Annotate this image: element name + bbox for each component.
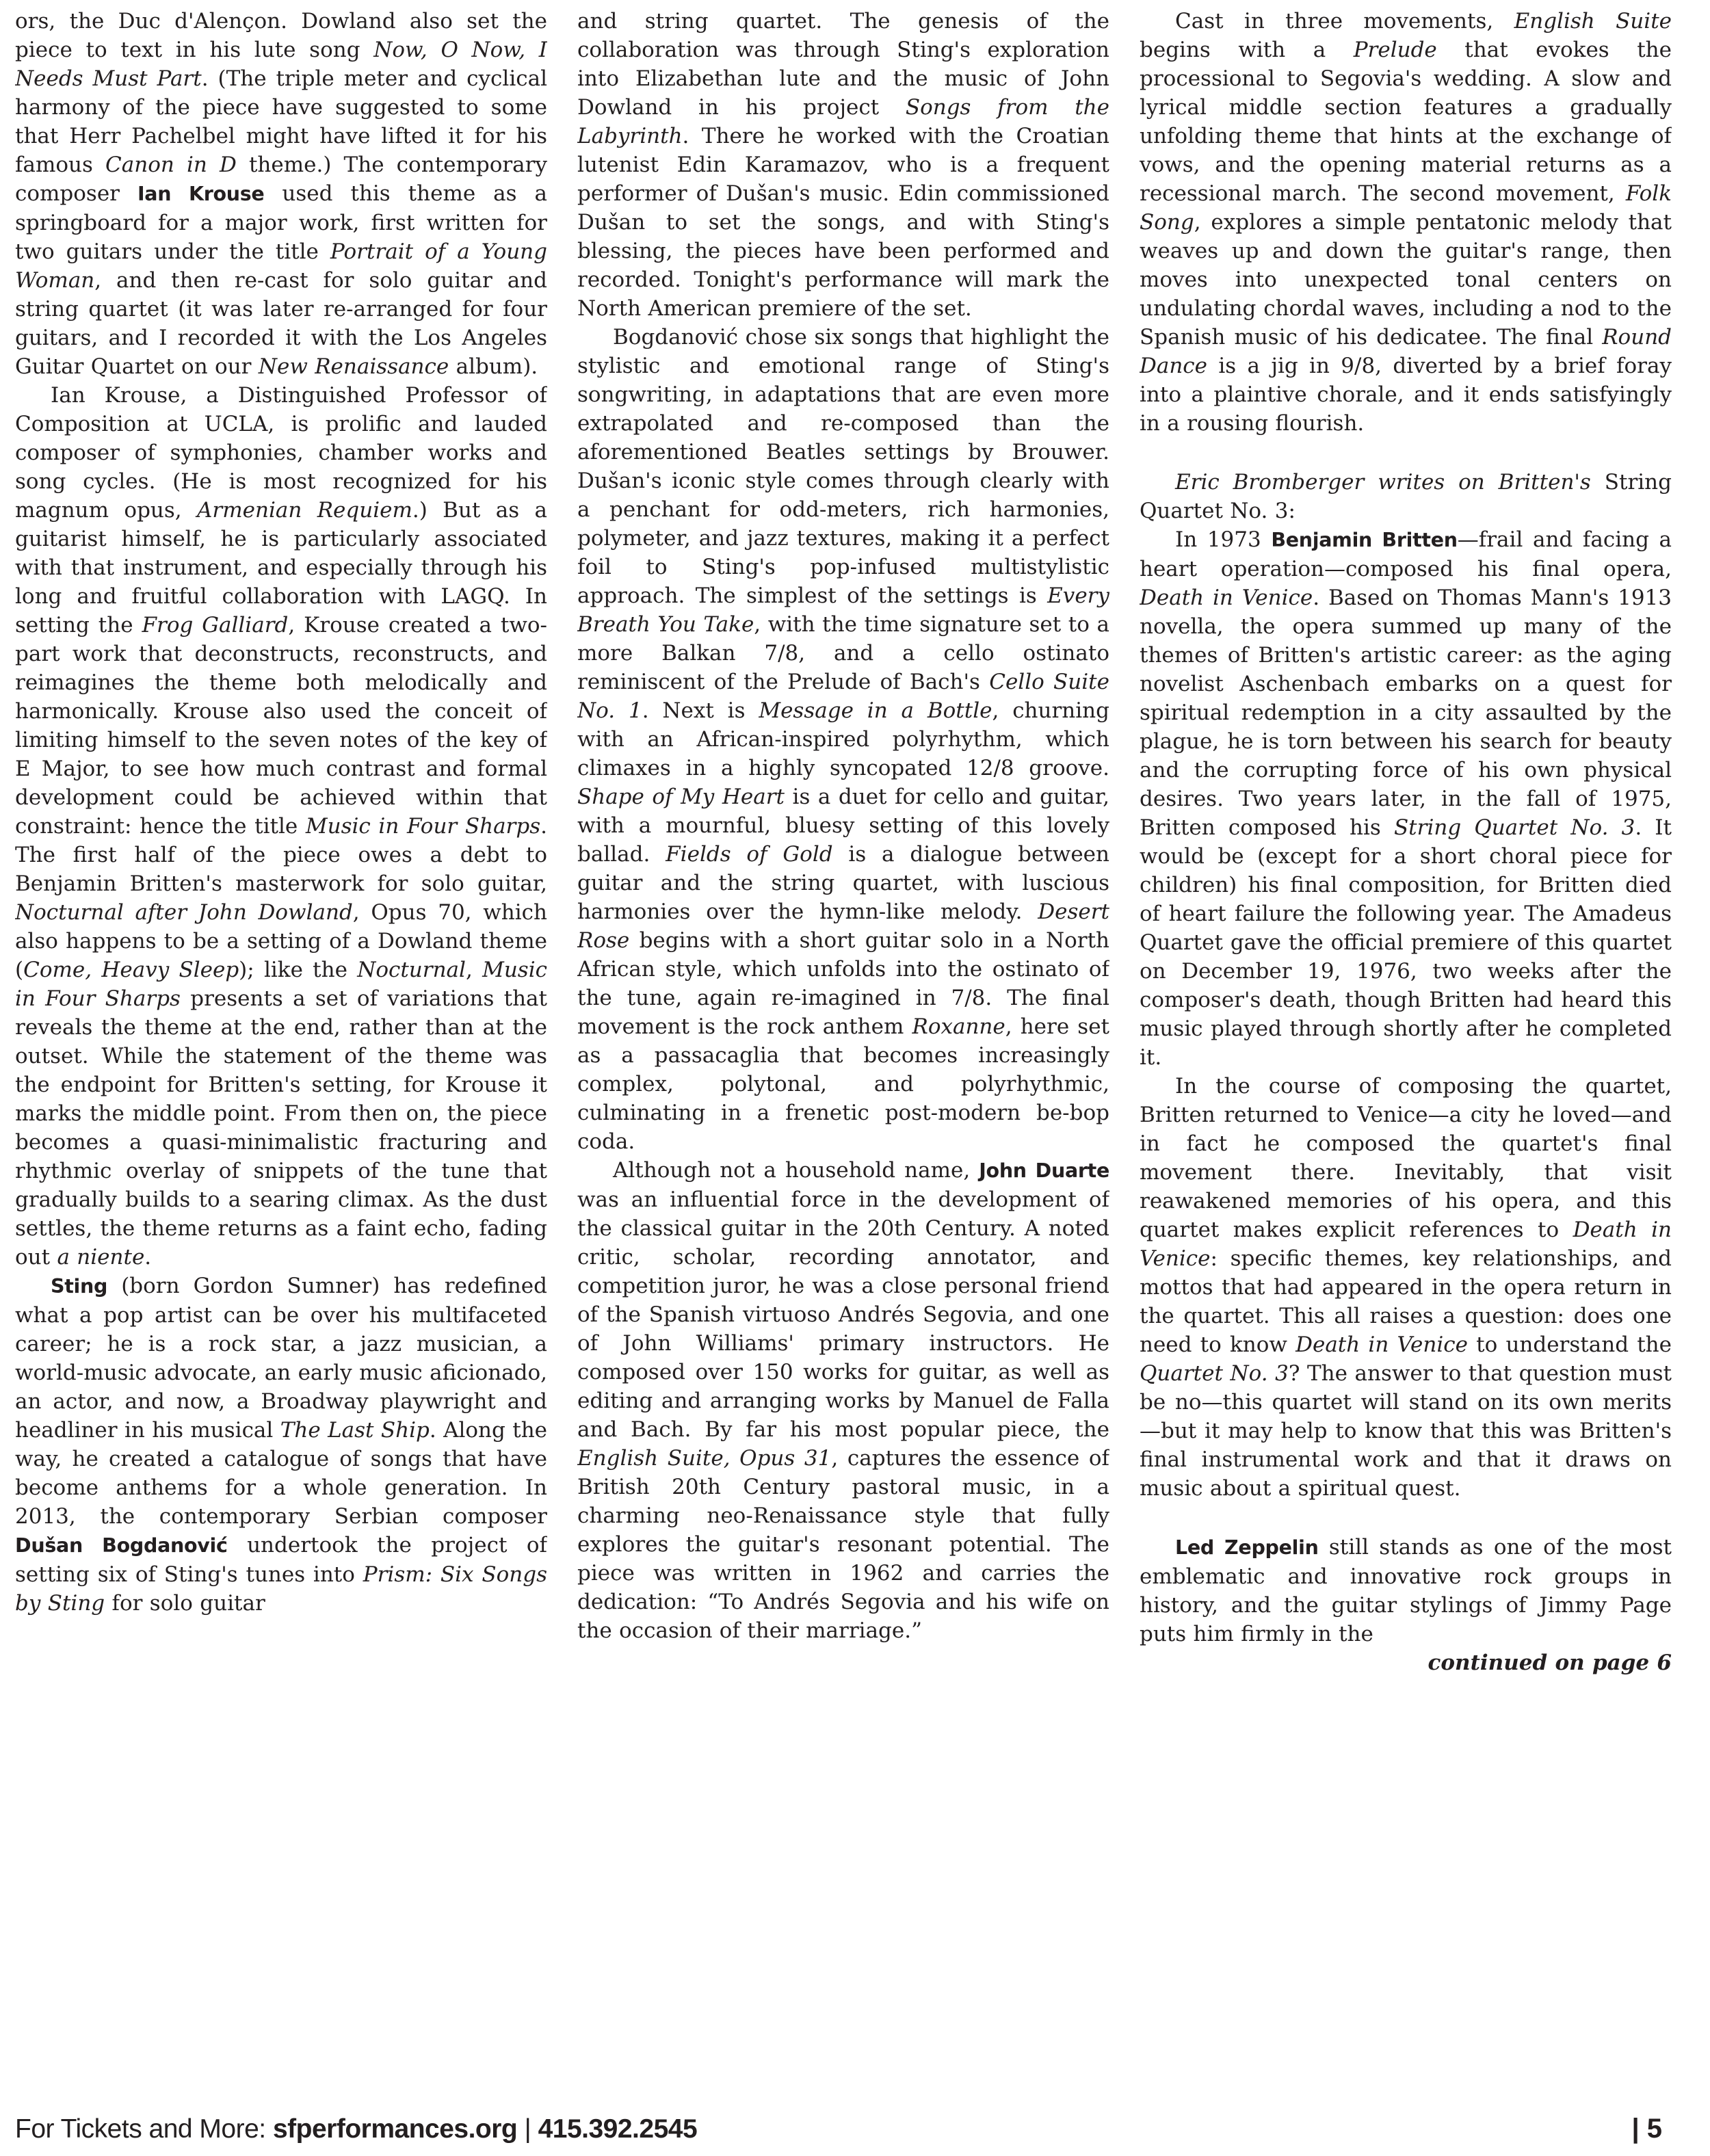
text-run: to understand the (1468, 1332, 1672, 1357)
text-run: Canon in D (105, 153, 237, 177)
text-run: Eric Bromberger writes on Britten's (1175, 470, 1591, 495)
text-run: Armenian Requiem (197, 498, 412, 523)
text-run: sfperformances.org (273, 2114, 517, 2144)
text-run: that evokes the processional to Segovia'… (1140, 38, 1672, 206)
text-run: presents a set of variations that reveal… (15, 986, 547, 1270)
text-run: New Renaissance (259, 354, 449, 379)
text-run: continued on page 6 (1428, 1651, 1672, 1675)
text-run: Nocturnal after John Dowland (15, 900, 353, 925)
article-columns: ors, the Duc d'Alençon. Dowland also set… (15, 7, 1672, 2082)
paragraph: Sting (born Gordon Sumner) has redefined… (15, 1272, 547, 1618)
text-run: | (517, 2114, 538, 2144)
column-2: and string quartet. The genesis of the c… (577, 7, 1109, 2082)
paragraph: In 1973 Benjamin Britten—frail and facin… (1140, 525, 1672, 1072)
text-run: English Suite (1514, 9, 1672, 34)
paragraph: ors, the Duc d'Alençon. Dowland also set… (15, 7, 547, 381)
tickets-info: For Tickets and More: sfperformances.org… (15, 2114, 697, 2144)
text-run: Come, Heavy Sleep (23, 958, 239, 982)
text-run: Music in Four Sharps (306, 814, 540, 839)
text-run: , explores a simple pentatonic melody th… (1140, 210, 1672, 350)
text-run: Frog Galliard (142, 613, 288, 637)
text-run: English Suite, Opus 31 (577, 1446, 831, 1471)
text-run: In 1973 (1175, 527, 1271, 552)
text-run: . Next is (642, 698, 759, 723)
text-run: a niente (57, 1245, 144, 1270)
text-run: Benjamin Britten (1271, 529, 1457, 551)
text-run: 415.392.2545 (538, 2114, 698, 2144)
text-run: Cast in three movements, (1175, 9, 1514, 34)
text-run: String Quartet No. 3 (1394, 815, 1635, 840)
text-run: Message in a Bottle (759, 698, 992, 723)
page-number: | 5 (1631, 2114, 1662, 2144)
column-1: ors, the Duc d'Alençon. Dowland also set… (15, 7, 547, 2082)
text-run: Sting (51, 1275, 107, 1298)
text-run: Roxanne (912, 1014, 1005, 1039)
paragraph: Bogdanović chose six songs that highligh… (577, 323, 1109, 1156)
text-run: , captures the essence of British 20th C… (577, 1446, 1109, 1643)
paragraph: and string quartet. The genesis of the c… (577, 7, 1109, 323)
paragraph: continued on page 6 (1140, 1648, 1672, 1677)
paragraph: Although not a household name, John Duar… (577, 1156, 1109, 1645)
text-run: album). (449, 354, 538, 379)
text-run: Ian Krouse (137, 183, 264, 205)
paragraph: Eric Bromberger writes on Britten's Stri… (1140, 468, 1672, 525)
column-3: Cast in three movements, English Suite b… (1140, 7, 1672, 2082)
text-run: . There he worked with the Croatian lute… (577, 124, 1109, 321)
text-run: is a jig in 9/8, diverted by a brief for… (1140, 354, 1672, 436)
text-run: begins with a (1140, 38, 1354, 62)
text-run: for solo guitar (105, 1591, 265, 1616)
text-run: Fields of Gold (666, 842, 832, 867)
page-footer: For Tickets and More: sfperformances.org… (15, 2114, 1662, 2144)
text-run: For Tickets and More: (15, 2114, 273, 2144)
text-run: Death in Venice (1140, 586, 1313, 610)
program-notes-page: ors, the Duc d'Alençon. Dowland also set… (0, 0, 1710, 2156)
text-run: Nocturnal (357, 958, 466, 982)
text-run: . Based on Thomas Mann's 1913 novella, t… (1140, 586, 1672, 840)
text-run: Although not a household name, (613, 1158, 979, 1183)
paragraph: Cast in three movements, English Suite b… (1140, 7, 1672, 438)
text-run: Bogdanović chose six songs that highligh… (577, 325, 1109, 608)
text-run: Dušan Bogdanović (15, 1534, 228, 1557)
text-run: Prelude (1354, 38, 1437, 62)
text-run: Led Zeppelin (1175, 1536, 1319, 1559)
text-run: (born Gordon Sumner) has redefined what … (15, 1274, 547, 1443)
text-run: The Last Ship (280, 1418, 430, 1443)
paragraph: In the course of composing the quartet, … (1140, 1072, 1672, 1503)
text-run: . It would be (except for a short choral… (1140, 815, 1672, 1070)
text-run: Death in Venice (1295, 1332, 1468, 1357)
text-run: , Krouse created a two-part work that de… (15, 613, 547, 839)
text-run: Quartet No. 3 (1140, 1361, 1289, 1386)
text-run: Shape of My Heart (577, 785, 785, 809)
text-run: ); like the (239, 958, 357, 982)
text-run: . (144, 1245, 151, 1270)
paragraph: Ian Krouse, a Distinguished Professor of… (15, 381, 547, 1272)
text-run: John Duarte (979, 1159, 1109, 1182)
text-run: , (466, 958, 482, 982)
text-run: was an influential force in the developm… (577, 1187, 1109, 1442)
paragraph: Led Zeppelin still stands as one of the … (1140, 1533, 1672, 1648)
